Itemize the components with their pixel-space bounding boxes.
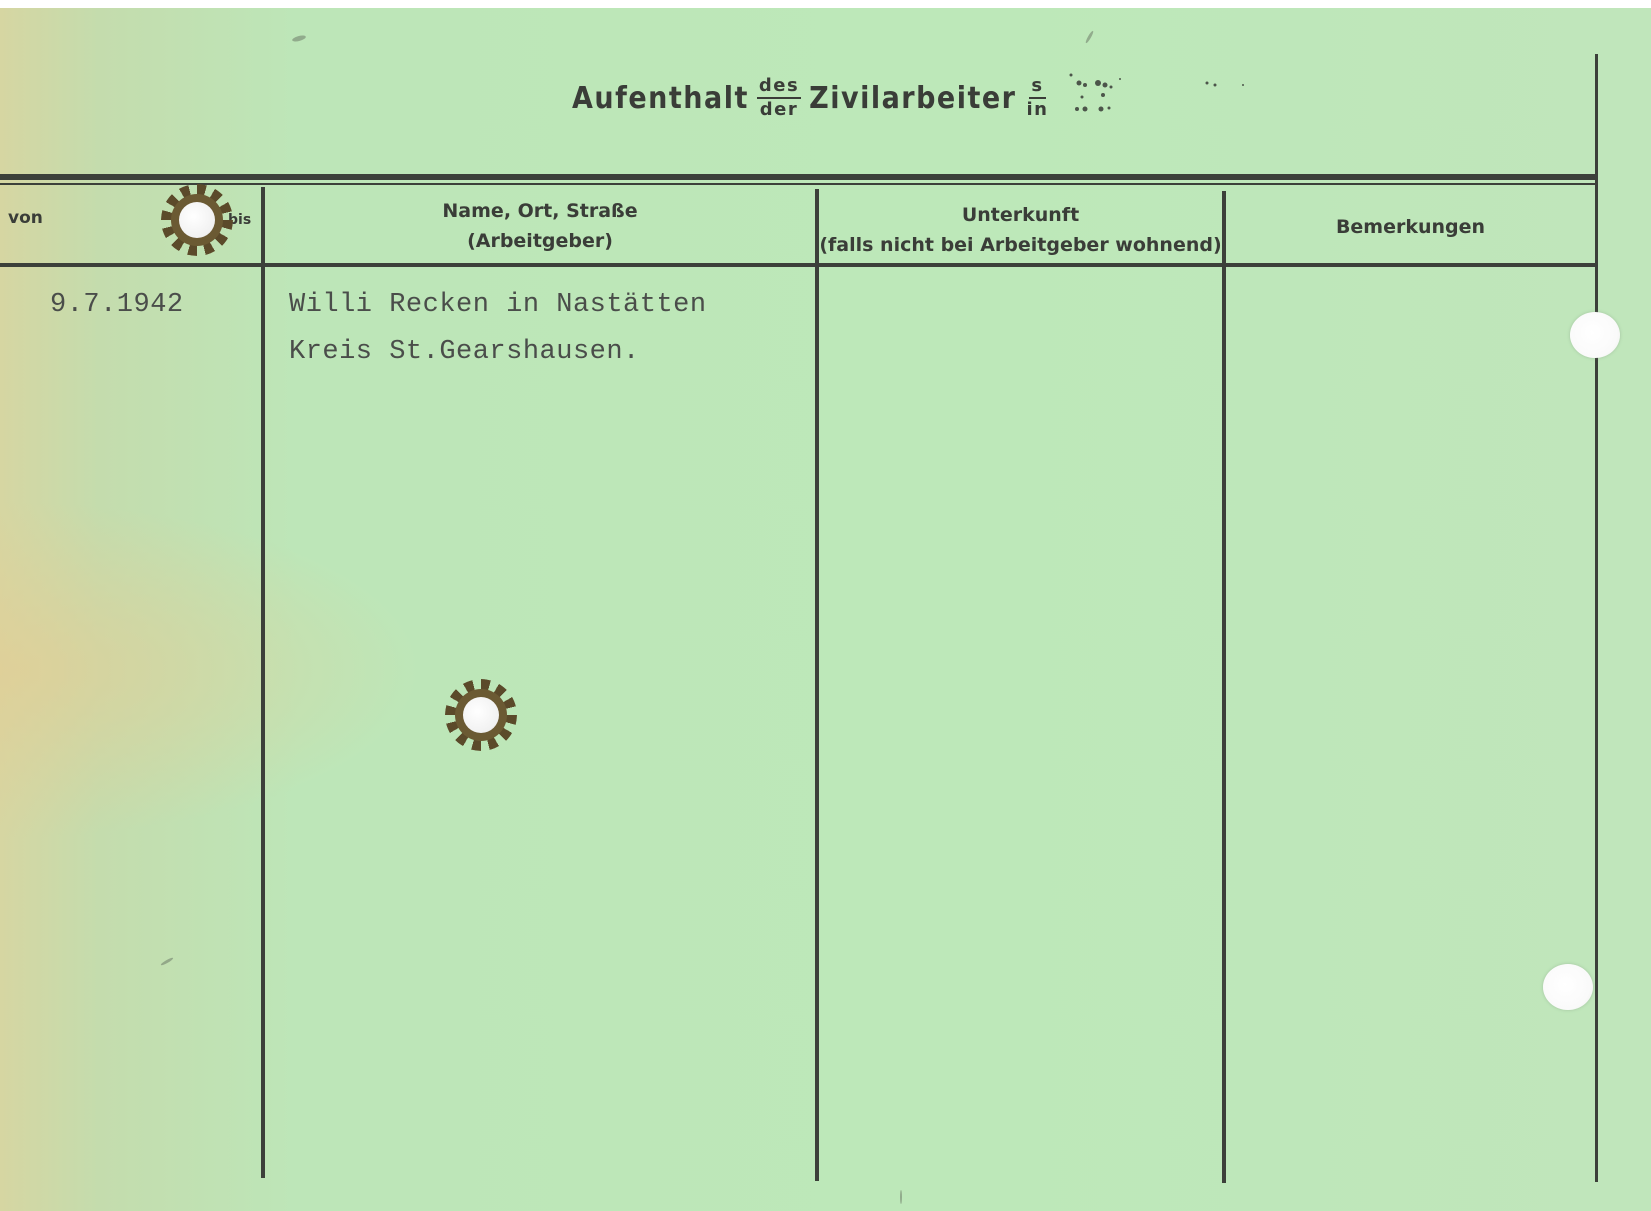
punch-hole-lower (1543, 964, 1593, 1010)
title-zivilarbeiter: Zivilarbeiter (809, 81, 1016, 116)
title-fraction-article: des der (757, 76, 801, 120)
fraction-bottom: in (1025, 99, 1051, 120)
header-line: (Arbeitgeber) (467, 226, 613, 256)
row-employer-line1: Willi Recken in Nastätten (289, 290, 707, 320)
column-divider-1 (261, 187, 265, 1178)
index-card (0, 8, 1651, 1211)
fraction-top: s (1029, 76, 1045, 99)
table-top-rule-thin (0, 183, 1597, 185)
header-unterkunft: Unterkunft (falls nicht bei Arbeitgeber … (819, 195, 1222, 265)
fraction-top: des (757, 76, 801, 99)
row-date: 9.7.1942 (50, 290, 184, 320)
header-bottom-rule (0, 263, 1597, 267)
header-line: (falls nicht bei Arbeitgeber wohnend) (819, 230, 1221, 260)
fraction-bottom: der (758, 99, 800, 120)
title-fraction-suffix: s in (1025, 76, 1051, 120)
stamp-residue (1065, 73, 1265, 123)
header-line: Unterkunft (962, 200, 1079, 230)
punch-hole-upper (1570, 312, 1620, 358)
column-divider-2 (815, 189, 819, 1181)
title-aufenthalt: Aufenthalt (572, 81, 749, 116)
column-divider-3 (1222, 191, 1226, 1183)
grommet-eyelet-middle (445, 679, 517, 751)
row-employer-line2: Kreis St.Gearshausen. (289, 337, 640, 367)
table-top-rule-thick (0, 174, 1597, 180)
header-von: von (8, 208, 43, 228)
paper-speck (900, 1190, 902, 1204)
header-name-ort-strasse: Name, Ort, Straße (Arbeitgeber) (265, 191, 815, 261)
card-title: Aufenthalt des der Zivilarbeiter s in (572, 68, 1058, 128)
grommet-eyelet-top-left (161, 184, 233, 256)
right-border (1595, 54, 1598, 1182)
header-line: Name, Ort, Straße (442, 196, 637, 226)
header-bemerkungen: Bemerkungen (1226, 191, 1595, 263)
header-line: Bemerkungen (1336, 212, 1485, 242)
